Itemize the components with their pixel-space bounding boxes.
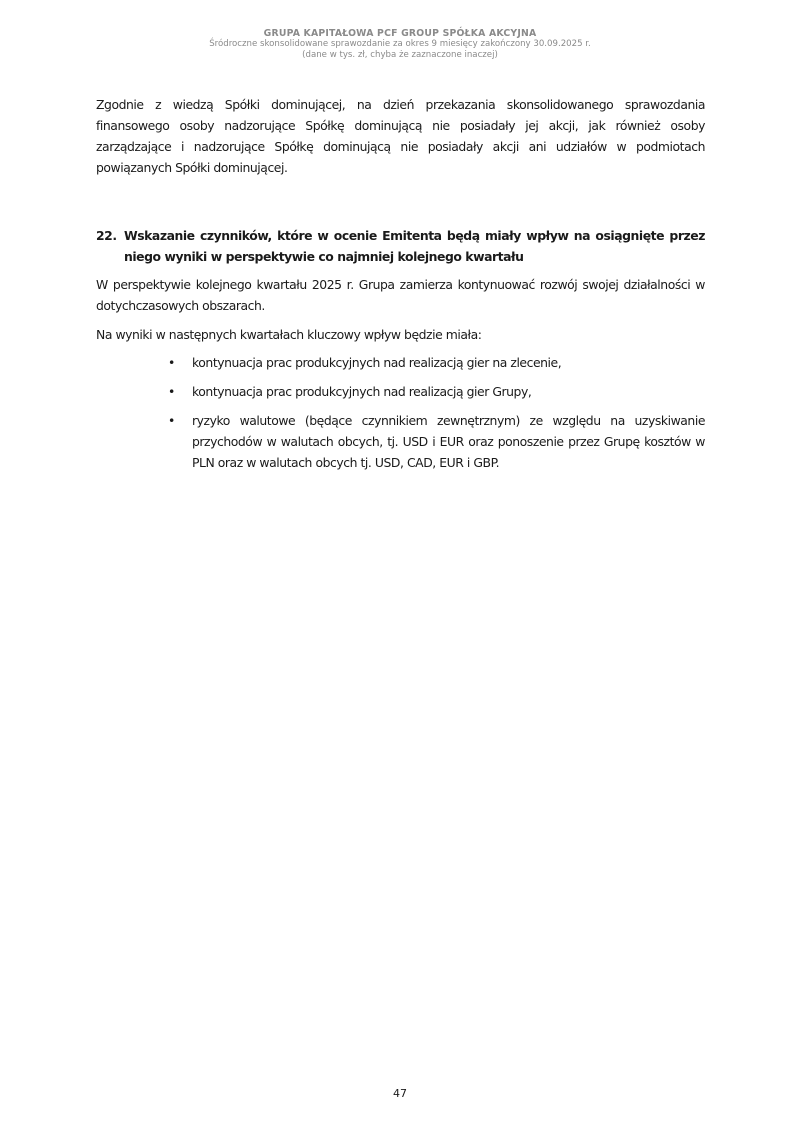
list-item-text: kontynuacja prac produkcyjnych nad reali… [192, 355, 561, 370]
page-header: GRUPA KAPITAŁOWA PCF GROUP SPÓŁKA AKCYJN… [0, 28, 800, 61]
list-item-text: ryzyko walutowe (będące czynnikiem zewnę… [192, 413, 705, 470]
bullet-icon: • [168, 381, 175, 402]
factors-intro-paragraph: Na wyniki w następnych kwartałach kluczo… [96, 324, 705, 345]
list-item: • kontynuacja prac produkcyjnych nad rea… [160, 381, 705, 402]
bullet-icon: • [168, 352, 175, 373]
units-note: (dane w tys. zł, chyba że zaznaczone ina… [0, 50, 800, 61]
intro-paragraph: Zgodnie z wiedzą Spółki dominującej, na … [96, 94, 705, 178]
section-heading: 22. Wskazanie czynników, które w ocenie … [96, 225, 705, 267]
company-name: GRUPA KAPITAŁOWA PCF GROUP SPÓŁKA AKCYJN… [0, 28, 800, 39]
section-number: 22. [96, 225, 124, 267]
list-item: • kontynuacja prac produkcyjnych nad rea… [160, 352, 705, 373]
page-number: 47 [0, 1087, 800, 1100]
report-title: Śródroczne skonsolidowane sprawozdanie z… [0, 39, 800, 50]
list-item: • ryzyko walutowe (będące czynnikiem zew… [160, 410, 705, 473]
outlook-paragraph: W perspektywie kolejnego kwartału 2025 r… [96, 274, 705, 316]
list-item-text: kontynuacja prac produkcyjnych nad reali… [192, 384, 531, 399]
section-title: Wskazanie czynników, które w ocenie Emit… [124, 225, 705, 267]
document-page: GRUPA KAPITAŁOWA PCF GROUP SPÓŁKA AKCYJN… [0, 0, 800, 1131]
factors-list: • kontynuacja prac produkcyjnych nad rea… [160, 352, 705, 481]
bullet-icon: • [168, 410, 175, 431]
